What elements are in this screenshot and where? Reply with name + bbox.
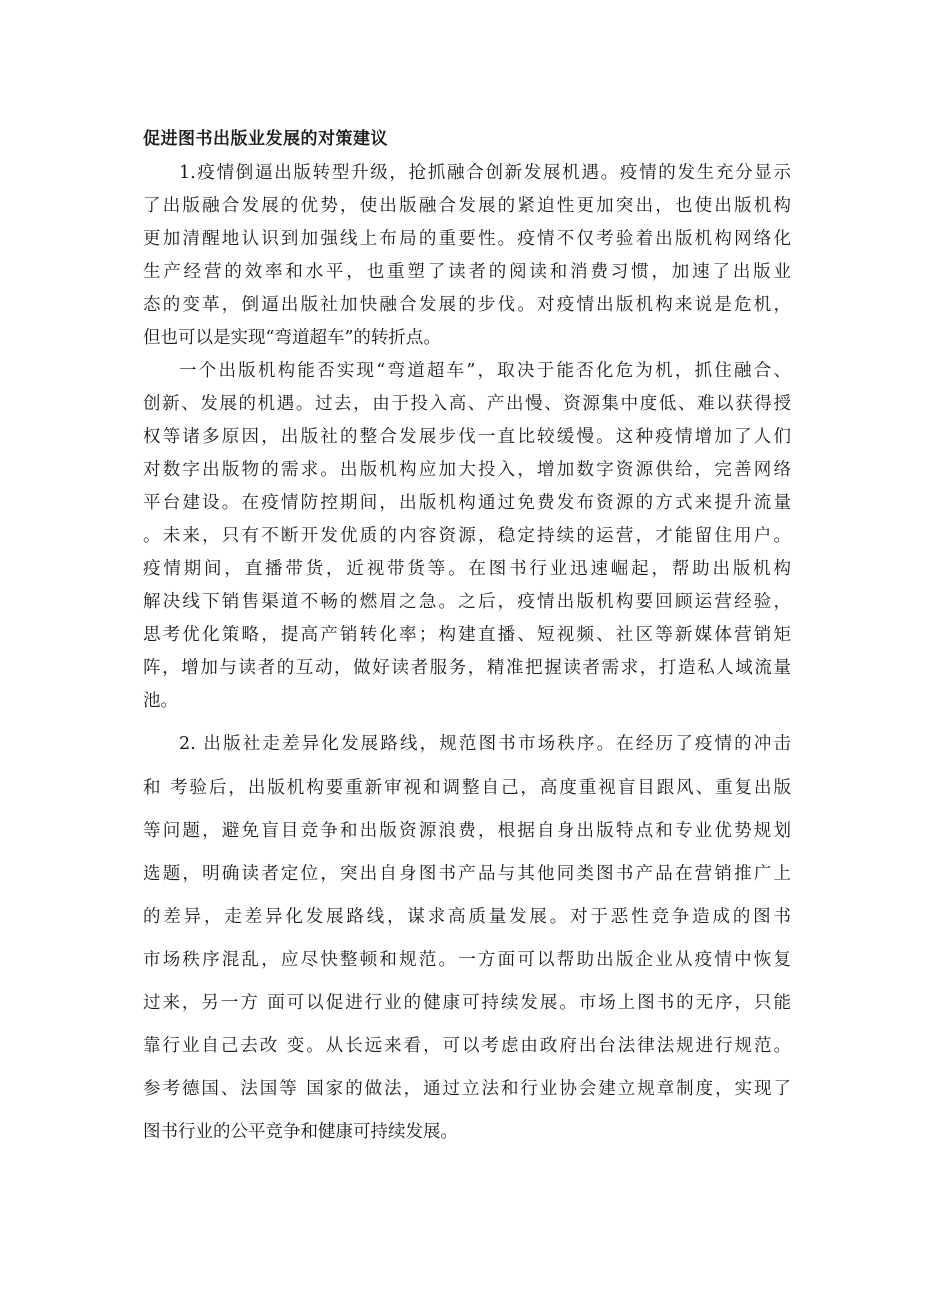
- paragraph-line: 和 考验后，出版机构要重新审视和调整自己，高度重视盲目跟风、重复出版: [143, 777, 791, 799]
- paragraph-line: 图书行业的公平竞争和健康可持续发展。: [143, 1121, 791, 1143]
- paragraph-line: 靠行业自己去改 变。从长远来看，可以考虑由政府出台法律法规进行规范。: [143, 1035, 791, 1057]
- paragraph-line: 态的变革，倒逼出版社加快融合发展的步伐。对疫情出版机构来说是危机，: [143, 294, 791, 316]
- paragraph-line: 生产经营的效率和水平，也重塑了读者的阅读和消费习惯，加速了出版业: [143, 261, 791, 283]
- paragraph-line: 平台建设。在疫情防控期间，出版机构通过免费发布资源的方式来提升流量: [143, 492, 791, 514]
- paragraph-line: 选题，明确读者定位，突出自身图书产品与其他同类图书产品在营销推广上: [143, 863, 791, 885]
- paragraph-line: 参考德国、法国等 国家的做法，通过立法和行业协会建立规章制度，实现了: [143, 1078, 791, 1100]
- paragraph-line: 疫情期间，直播带货，近视带货等。在图书行业迅速崛起，帮助出版机构: [143, 558, 791, 580]
- paragraph-line: 。未来，只有不断开发优质的内容资源，稳定持续的运营，才能留住用户。: [143, 525, 791, 547]
- document-page: 促进图书出版业发展的对策建议 1.疫情倒逼出版转型升级，抢抓融合创新发展机遇。疫…: [0, 0, 926, 1309]
- paragraph-line: 思考优化策略，提高产销转化率；构建直播、短视频、社区等新媒体营销矩: [143, 624, 791, 646]
- paragraph-line: 2. 出版社走差异化发展路线，规范图书市场秩序。在经历了疫情的冲击: [179, 733, 791, 755]
- paragraph-line: 市场秩序混乱，应尽快整顿和规范。一方面可以帮助出版企业从疫情中恢复: [143, 949, 791, 971]
- paragraph-line: 池。: [143, 690, 791, 712]
- paragraph-line: 一个出版机构能否实现“弯道超车”，取决于能否化危为机，抓住融合、: [179, 360, 791, 382]
- paragraph-line: 对数字出版物的需求。出版机构应加大投入，增加数字资源供给，完善网络: [143, 459, 791, 481]
- paragraph-line: 了出版融合发展的优势，使出版融合发展的紧迫性更加突出，也使出版机构: [143, 195, 791, 217]
- paragraph-line: 等问题，避免盲目竞争和出版资源浪费，根据自身出版特点和专业优势规划: [143, 820, 791, 842]
- paragraph-line: 更加清醒地认识到加强线上布局的重要性。疫情不仅考验着出版机构网络化: [143, 228, 791, 250]
- document-title: 促进图书出版业发展的对策建议: [143, 124, 388, 149]
- paragraph-line: 权等诸多原因，出版社的整合发展步伐一直比较缓慢。这种疫情增加了人们: [143, 426, 791, 448]
- paragraph-line: 阵，增加与读者的互动，做好读者服务，精准把握读者需求，打造私人域流量: [143, 657, 791, 679]
- paragraph-line: 创新、发展的机遇。过去，由于投入高、产出慢、资源集中度低、难以获得授: [143, 393, 791, 415]
- paragraph-line: 过来，另一方 面可以促进行业的健康可持续发展。市场上图书的无序，只能: [143, 992, 791, 1014]
- paragraph-line: 但也可以是实现“弯道超车”的转折点。: [143, 327, 791, 349]
- paragraph-line: 解决线下销售渠道不畅的燃眉之急。之后，疫情出版机构要回顾运营经验，: [143, 591, 791, 613]
- paragraph-line: 1.疫情倒逼出版转型升级，抢抓融合创新发展机遇。疫情的发生充分显示: [179, 162, 791, 184]
- paragraph-line: 的差异，走差异化发展路线，谋求高质量发展。对于恶性竞争造成的图书: [143, 906, 791, 928]
